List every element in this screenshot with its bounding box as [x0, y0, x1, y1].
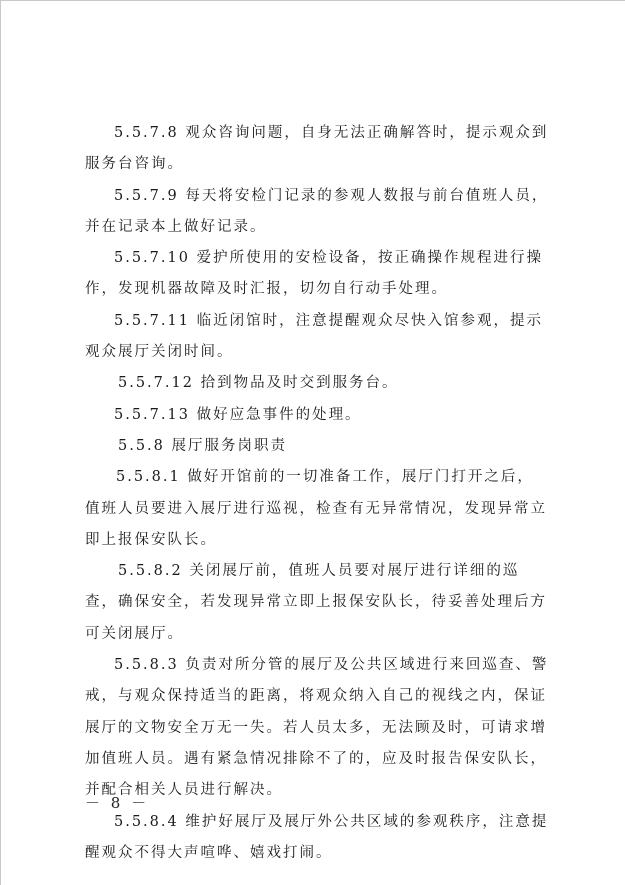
page-number: － 8 － [85, 792, 149, 813]
paragraph-5-5-7-12: 5.5.7.12 拾到物品及时交到服务台。 [85, 368, 549, 399]
paragraph-5-5-7-9: 5.5.7.9 每天将安检门记录的参观人数报与前台值班人员，并在记录本上做好记录… [85, 181, 549, 244]
document-body: 5.5.7.8 观众咨询问题，自身无法正确解答时，提示观众到服务台咨询。 5.5… [85, 118, 549, 869]
section-heading-5-5-8: 5.5.8 展厅服务岗职责 [85, 431, 549, 462]
paragraph-5-5-7-8: 5.5.7.8 观众咨询问题，自身无法正确解答时，提示观众到服务台咨询。 [85, 118, 549, 181]
paragraph-5-5-8-4: 5.5.8.4 维护好展厅及展厅外公共区域的参观秩序，注意提醒观众不得大声喧哗、… [85, 807, 549, 870]
paragraph-5-5-7-11: 5.5.7.11 临近闭馆时，注意提醒观众尽快入馆参观，提示观众展厅关闭时间。 [85, 306, 549, 369]
paragraph-5-5-7-13: 5.5.7.13 做好应急事件的处理。 [85, 400, 549, 431]
paragraph-5-5-8-3: 5.5.8.3 负责对所分管的展厅及公共区域进行来回巡查、警戒，与观众保持适当的… [85, 650, 549, 806]
paragraph-5-5-8-1: 5.5.8.1 做好开馆前的一切准备工作，展厅门打开之后，值班人员要进入展厅进行… [85, 462, 549, 556]
paragraph-5-5-7-10: 5.5.7.10 爱护所使用的安检设备，按正确操作规程进行操作，发现机器故障及时… [85, 243, 549, 306]
document-page: 5.5.7.8 观众咨询问题，自身无法正确解答时，提示观众到服务台咨询。 5.5… [0, 0, 625, 885]
paragraph-5-5-8-2: 5.5.8.2 关闭展厅前，值班人员要对展厅进行详细的巡查，确保安全，若发现异常… [85, 556, 549, 650]
